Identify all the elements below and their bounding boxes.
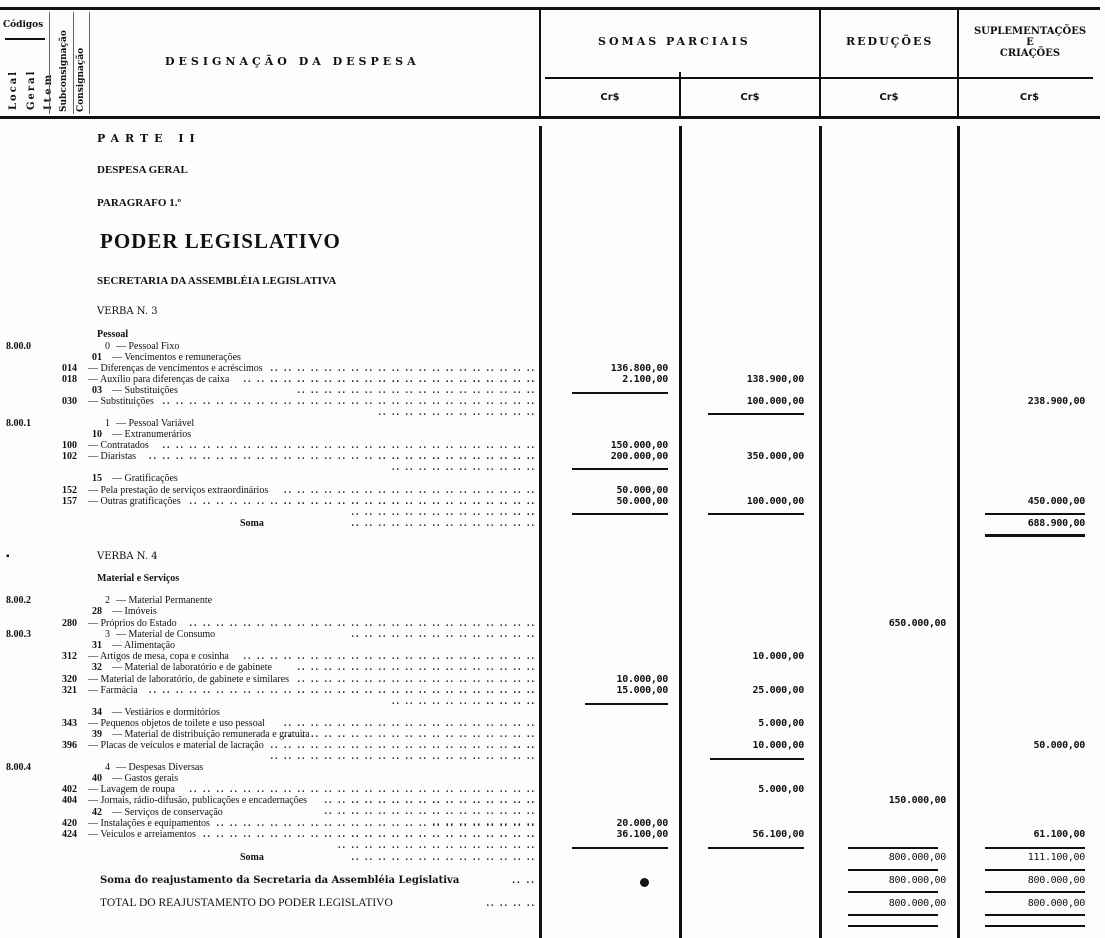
item-description: — Pessoal Fixo — [116, 341, 179, 352]
item-description: — Contratados — [88, 440, 149, 451]
item-code: 3 — [105, 629, 110, 640]
col-divider — [679, 126, 682, 938]
amount-c2: 138.900,00 — [684, 374, 804, 385]
line-item-row: 404— Jornais, rádio-difusão, publicações… — [0, 795, 540, 806]
poder-legislativo-title: PODER LEGISLATIVO — [100, 229, 341, 254]
line-item-row: 320— Material de laboratório, de gabinet… — [0, 674, 540, 685]
item-code: 312 — [62, 651, 77, 662]
verba4-soma-c3: 800.000,00 — [826, 852, 946, 863]
verba4-marker: ▪ — [6, 551, 10, 562]
item-code: 402 — [62, 784, 77, 795]
codes-underline — [5, 38, 45, 40]
secretaria-total-c3: 800.000,00 — [826, 875, 946, 886]
sum-rule — [985, 513, 1085, 515]
leader-dots: .. .. .. .. — [470, 898, 536, 909]
amount-c1: 150.000,00 — [548, 440, 668, 451]
line-item-row: 34— Vestiários e dormitórios — [0, 707, 540, 718]
amount-c4: 450.000,00 — [965, 496, 1085, 507]
amount-c2: 5.000,00 — [684, 718, 804, 729]
item-code: 10 — [92, 429, 102, 440]
amount-c3: 150.000,00 — [826, 795, 946, 806]
sum-rule — [572, 392, 668, 394]
amount-c2: 10.000,00 — [684, 740, 804, 751]
item-description: — Imóveis — [112, 606, 157, 617]
item-code: 321 — [62, 685, 77, 696]
line-item-row: 10— Extranumerários — [0, 429, 540, 440]
verba4-subtitle: Material e Serviços — [97, 573, 179, 584]
item-description: — Diferenças de vencimentos e acréscimos — [88, 363, 263, 374]
sum-rule — [848, 869, 938, 871]
header-mid-rule — [545, 77, 1093, 79]
item-description: — Próprios do Estado — [88, 618, 177, 629]
item-code: 34 — [92, 707, 102, 718]
item-description: — Veículos e arreiamentos — [88, 829, 196, 840]
suplementacoes-line1: SUPLEMENTAÇÕES — [960, 26, 1100, 37]
item-code: 343 — [62, 718, 77, 729]
item-description: — Farmácia — [88, 685, 138, 696]
verba3-soma-c4: 688.900,00 — [965, 518, 1085, 529]
local-code: 8.00.3 — [6, 629, 31, 640]
poder-total-c4: 800.000,00 — [965, 898, 1085, 909]
item-description: — Placas de veículos e material de lacra… — [88, 740, 264, 751]
line-item-row: 102— Diaristas.. .. .. .. .. .. .. .. ..… — [0, 451, 540, 462]
line-item-row: 396— Placas de veículos e material de la… — [0, 740, 540, 751]
line-item-row: 312— Artigos de mesa, copa e cosinha.. .… — [0, 651, 540, 662]
leader-dots: .. .. .. .. .. .. .. .. .. .. .. .. .. .… — [187, 496, 536, 518]
amount-c1: 50.000,00 — [548, 496, 668, 507]
item-description: — Diaristas — [88, 451, 136, 462]
item-code: 01 — [92, 352, 102, 363]
line-item-row: 018— Auxílio para diferenças de caixa.. … — [0, 374, 540, 385]
sum-rule — [848, 914, 938, 916]
code-divider — [73, 12, 74, 114]
item-code: 152 — [62, 485, 77, 496]
sum-rule — [985, 914, 1085, 916]
item-description: — Instalações e equipamentos — [88, 818, 210, 829]
line-item-row: 343— Pequenos objetos de toilete e uso p… — [0, 718, 540, 729]
amount-c1: 10.000,00 — [548, 674, 668, 685]
leader-dots: .. .. .. .. .. .. .. .. .. .. .. .. .. .… — [202, 829, 536, 851]
col-divider — [957, 126, 960, 938]
sum-rule — [985, 891, 1085, 893]
leader-dots: .. .. .. .. .. .. .. .. .. .. .. .. .. .… — [142, 451, 536, 473]
item-description: — Substituições — [112, 385, 178, 396]
verba4-soma-c4: 111.100,00 — [965, 852, 1085, 863]
item-code: 396 — [62, 740, 77, 751]
item-description: — Material de laboratório, de gabinete e… — [88, 674, 289, 685]
currency-col3: Cr$ — [821, 92, 957, 103]
sum-rule — [985, 534, 1085, 537]
poder-total-row: TOTAL DO REAJUSTAMENTO DO PODER LEGISLAT… — [0, 898, 540, 909]
secretaria-total-c4: 800.000,00 — [965, 875, 1085, 886]
item-description: — Serviços de conservação — [112, 807, 223, 818]
line-item-row: 39— Material de distribuição remunerada … — [0, 729, 540, 740]
soma-label: Soma — [240, 852, 264, 863]
amount-c1: 20.000,00 — [548, 818, 668, 829]
item-code: 03 — [92, 385, 102, 396]
item-description: — Pessoal Variável — [116, 418, 194, 429]
amount-c3: 650.000,00 — [826, 618, 946, 629]
code-col-consignacao: Consignação — [76, 12, 86, 112]
item-description: — Material de distribuição remunerada e … — [112, 729, 310, 740]
item-code: 2 — [105, 595, 110, 606]
item-description: — Vestiários e dormitórios — [112, 707, 220, 718]
local-code: 8.00.0 — [6, 341, 31, 352]
paragrafo-title: PARAGRAFO 1.º — [97, 197, 181, 209]
item-code: 100 — [62, 440, 77, 451]
line-item-row: 42— Serviços de conservação — [0, 807, 540, 818]
item-code: 157 — [62, 496, 77, 507]
line-item-row: 014— Diferenças de vencimentos e acrésci… — [0, 363, 540, 374]
item-code: 15 — [92, 473, 102, 484]
item-description: — Artigos de mesa, copa e cosinha — [88, 651, 229, 662]
leader-dots: .. .. .. .. .. .. .. .. .. .. .. .. .. .… — [275, 852, 536, 863]
line-item-row: 01— Vencimentos e remunerações — [0, 352, 540, 363]
sum-rule — [848, 847, 938, 849]
line-item-row: 31— Alimentação — [0, 640, 540, 651]
budget-document-page: Códigos Local Geral Item Subconsignação … — [0, 0, 1105, 938]
code-divider — [89, 12, 90, 114]
item-description: — Vencimentos e remunerações — [112, 352, 241, 363]
secretaria-total-label: Soma do reajustamento da Secretaria da A… — [100, 875, 459, 886]
item-description: — Material de Consumo — [116, 629, 215, 640]
line-item-row: 15— Gratificações — [0, 473, 540, 484]
item-code: 424 — [62, 829, 77, 840]
item-code: 102 — [62, 451, 77, 462]
sum-rule — [848, 925, 938, 927]
amount-c2: 100.000,00 — [684, 496, 804, 507]
item-code: 28 — [92, 606, 102, 617]
item-description: — Lavagem de roupa — [88, 784, 175, 795]
amount-c1: 36.100,00 — [548, 829, 668, 840]
line-item-row: 152— Pela prestação de serviços extraord… — [0, 485, 540, 496]
item-description: — Despesas Diversas — [116, 762, 203, 773]
verba4-title: VERBA N. 4 — [97, 551, 158, 562]
line-item-row: 424— Veículos e arreiamentos.. .. .. .. … — [0, 829, 540, 840]
suplementacoes-line3: CRIAÇÕES — [960, 48, 1100, 59]
line-item-row: 28— Imóveis — [0, 606, 540, 617]
amount-c1: 2.100,00 — [548, 374, 668, 385]
amount-c2: 10.000,00 — [684, 651, 804, 662]
item-description: — Jornais, rádio-difusão, publicações e … — [88, 795, 307, 806]
sum-rule — [572, 513, 668, 515]
amount-c2: 56.100,00 — [684, 829, 804, 840]
sum-rule — [585, 703, 668, 705]
verba4-soma-row: Soma .. .. .. .. .. .. .. .. .. .. .. ..… — [0, 852, 540, 863]
item-description: — Alimentação — [112, 640, 175, 651]
line-item-row: 402— Lavagem de roupa.. .. .. .. .. .. .… — [0, 784, 540, 795]
line-item-row: 8.00.00— Pessoal Fixo — [0, 341, 540, 352]
amount-c1: 50.000,00 — [548, 485, 668, 496]
sum-rule — [708, 513, 804, 515]
line-item-row: 030— Substituições.. .. .. .. .. .. .. .… — [0, 396, 540, 407]
amount-c1: 15.000,00 — [548, 685, 668, 696]
header-bottom-rule — [0, 116, 1100, 119]
line-item-row: 8.00.11— Pessoal Variável — [0, 418, 540, 429]
ink-dot — [640, 878, 649, 887]
amount-c2: 350.000,00 — [684, 451, 804, 462]
line-item-row: 157— Outras gratificações.. .. .. .. .. … — [0, 496, 540, 507]
line-item-row: 420— Instalações e equipamentos.. .. .. … — [0, 818, 540, 829]
codes-title: Códigos — [3, 20, 43, 30]
amount-c2: 25.000,00 — [684, 685, 804, 696]
poder-total-label: TOTAL DO REAJUSTAMENTO DO PODER LEGISLAT… — [100, 898, 393, 909]
item-description: — Auxílio para diferenças de caixa — [88, 374, 229, 385]
leader-dots: .. .. .. .. .. .. .. .. .. .. .. .. .. .… — [160, 396, 536, 418]
somas-parciais-header: SOMAS PARCIAIS — [598, 35, 751, 48]
secretaria-total-row: Soma do reajustamento da Secretaria da A… — [0, 875, 540, 886]
item-code: 018 — [62, 374, 77, 385]
line-item-row: 321— Farmácia.. .. .. .. .. .. .. .. .. … — [0, 685, 540, 696]
sum-rule — [572, 468, 668, 470]
currency-col2: Cr$ — [681, 92, 819, 103]
item-code: 0 — [105, 341, 110, 352]
amount-c2: 5.000,00 — [684, 784, 804, 795]
code-divider — [49, 12, 50, 114]
item-code: 32 — [92, 662, 102, 673]
line-item-row: 32— Material de laboratório e de gabinet… — [0, 662, 540, 673]
designation-header: DESIGNAÇÃO DA DESPESA — [165, 55, 420, 68]
item-description: — Gratificações — [112, 473, 178, 484]
verba3-subtitle: Pessoal — [97, 329, 128, 340]
item-description: — Pequenos objetos de toilete e uso pess… — [88, 718, 265, 729]
reducoes-header: REDUÇÕES — [846, 35, 933, 48]
secretaria-title: SECRETARIA DA ASSEMBLÉIA LEGISLATIVA — [97, 275, 336, 287]
sum-rule — [572, 847, 668, 849]
sum-rule — [710, 758, 804, 760]
sum-rule — [848, 891, 938, 893]
item-code: 030 — [62, 396, 77, 407]
item-description: — Gastos gerais — [112, 773, 178, 784]
sum-rule — [985, 847, 1085, 849]
line-item-row: 03— Substituições — [0, 385, 540, 396]
item-description: — Substituições — [88, 396, 154, 407]
currency-col1: Cr$ — [541, 92, 679, 103]
leader-dots: .. .. — [490, 875, 536, 886]
sum-rule — [708, 847, 804, 849]
verba3-title: VERBA N. 3 — [97, 306, 158, 317]
leader-dots: .. .. .. .. .. .. .. .. .. .. .. .. .. .… — [144, 685, 536, 707]
item-code: 1 — [105, 418, 110, 429]
item-description: — Outras gratificações — [88, 496, 181, 507]
suplementacoes-line2: E — [960, 37, 1100, 48]
parte-title: PARTE II — [97, 132, 201, 145]
amount-c4: 61.100,00 — [965, 829, 1085, 840]
item-code: 404 — [62, 795, 77, 806]
currency-col4: Cr$ — [959, 92, 1100, 103]
verba3-soma-row: Soma .. .. .. .. .. .. .. .. .. .. .. ..… — [0, 518, 540, 529]
amount-c4: 50.000,00 — [965, 740, 1085, 751]
col-divider — [819, 126, 822, 938]
code-col-local: Local — [8, 60, 19, 110]
item-code: 40 — [92, 773, 102, 784]
item-code: 42 — [92, 807, 102, 818]
amount-c2: 100.000,00 — [684, 396, 804, 407]
despesa-geral-title: DESPESA GERAL — [97, 164, 188, 176]
amount-c4: 238.900,00 — [965, 396, 1085, 407]
item-description: — Material de laboratório e de gabinete — [112, 662, 272, 673]
line-item-row: 8.00.33— Material de Consumo — [0, 629, 540, 640]
line-item-row: 100— Contratados.. .. .. .. .. .. .. .. … — [0, 440, 540, 451]
soma-label: Soma — [240, 518, 264, 529]
code-col-geral: Geral — [26, 60, 37, 110]
sum-rule — [708, 413, 804, 415]
code-col-subconsignacao: Subconsignação — [59, 12, 69, 112]
sum-rule — [985, 925, 1085, 927]
sum-rule — [985, 869, 1085, 871]
local-code: 8.00.4 — [6, 762, 31, 773]
item-code: 4 — [105, 762, 110, 773]
item-code: 280 — [62, 618, 77, 629]
line-item-row: 8.00.44— Despesas Diversas — [0, 762, 540, 773]
item-description: — Pela prestação de serviços extraordiná… — [88, 485, 268, 496]
item-description: — Extranumerários — [112, 429, 191, 440]
suplementacoes-header: SUPLEMENTAÇÕES E CRIAÇÕES — [960, 26, 1100, 59]
header-top-rule — [0, 7, 1100, 10]
line-item-row: 40— Gastos gerais — [0, 773, 540, 784]
poder-total-c3: 800.000,00 — [826, 898, 946, 909]
item-code: 014 — [62, 363, 77, 374]
line-item-row: 280— Próprios do Estado.. .. .. .. .. ..… — [0, 618, 540, 629]
line-item-row: 8.00.22— Material Permanente — [0, 595, 540, 606]
item-code: 31 — [92, 640, 102, 651]
item-code: 320 — [62, 674, 77, 685]
amount-c1: 136.800,00 — [548, 363, 668, 374]
item-code: 39 — [92, 729, 102, 740]
item-description: — Material Permanente — [116, 595, 212, 606]
leader-dots: .. .. .. .. .. .. .. .. .. .. .. .. .. .… — [270, 740, 536, 762]
local-code: 8.00.1 — [6, 418, 31, 429]
amount-c1: 200.000,00 — [548, 451, 668, 462]
leader-dots: .. .. .. .. .. .. .. .. .. .. .. .. .. .… — [275, 518, 536, 529]
local-code: 8.00.2 — [6, 595, 31, 606]
item-code: 420 — [62, 818, 77, 829]
